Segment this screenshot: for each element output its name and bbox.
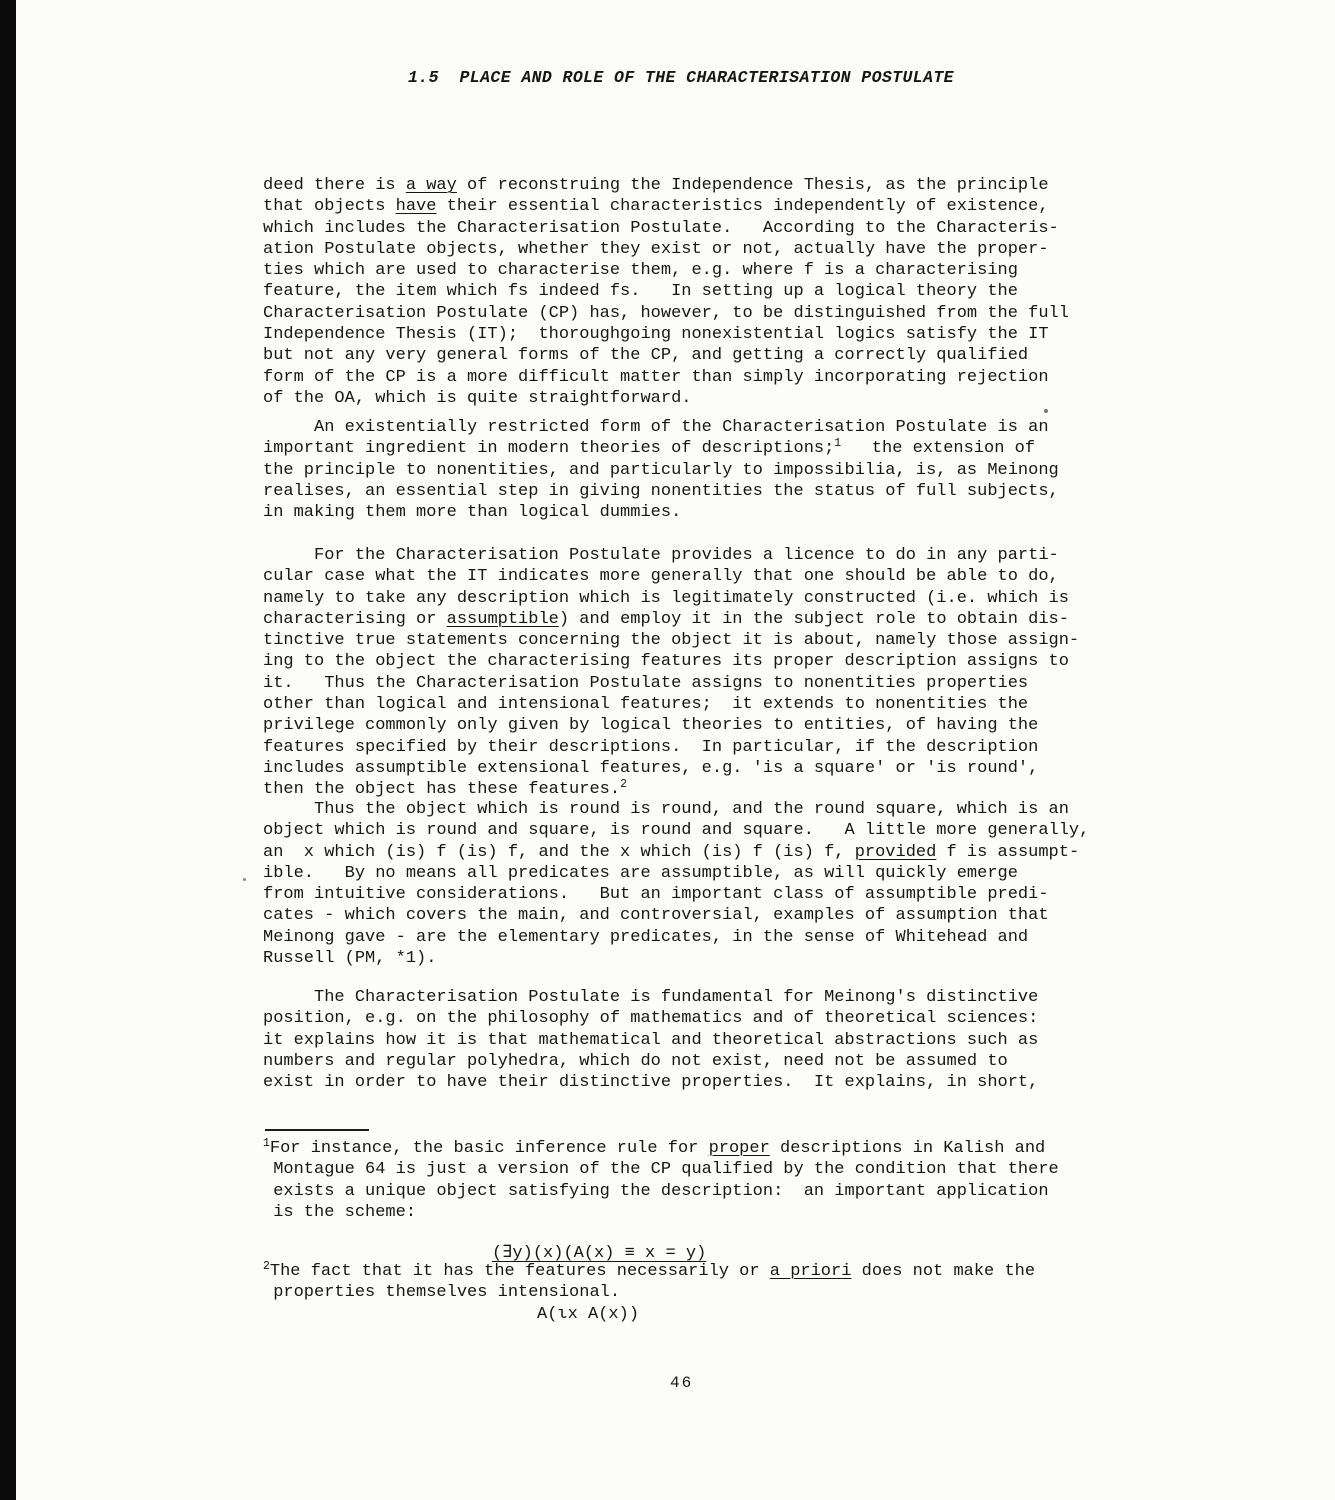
scan-speck: [1044, 409, 1048, 413]
formula-numerator: (∃y)(x)(A(x) ≡ x = y): [492, 1242, 706, 1263]
formula-denominator: A(ιx A(x)): [537, 1305, 706, 1324]
body-paragraph-4: Thus the object which is round is round,…: [263, 800, 1089, 970]
body-paragraph-1: deed there is a way of reconstruing the …: [263, 176, 1069, 410]
scan-speck: [243, 878, 246, 881]
footnote-2: 2The fact that it has the features neces…: [263, 1262, 1035, 1305]
body-paragraph-2: An existentially restricted form of the …: [263, 418, 1059, 524]
page-number: 46: [670, 1374, 693, 1392]
section-header: 1.5 PLACE AND ROLE OF THE CHARACTERISATI…: [408, 68, 954, 87]
scanned-document-page: 1.5 PLACE AND ROLE OF THE CHARACTERISATI…: [0, 0, 1335, 1500]
footnote-separator-rule: [265, 1129, 369, 1131]
body-paragraph-3: For the Characterisation Postulate provi…: [263, 546, 1079, 802]
body-paragraph-5: The Characterisation Postulate is fundam…: [263, 988, 1038, 1094]
scan-edge-artifact: [0, 0, 16, 1500]
